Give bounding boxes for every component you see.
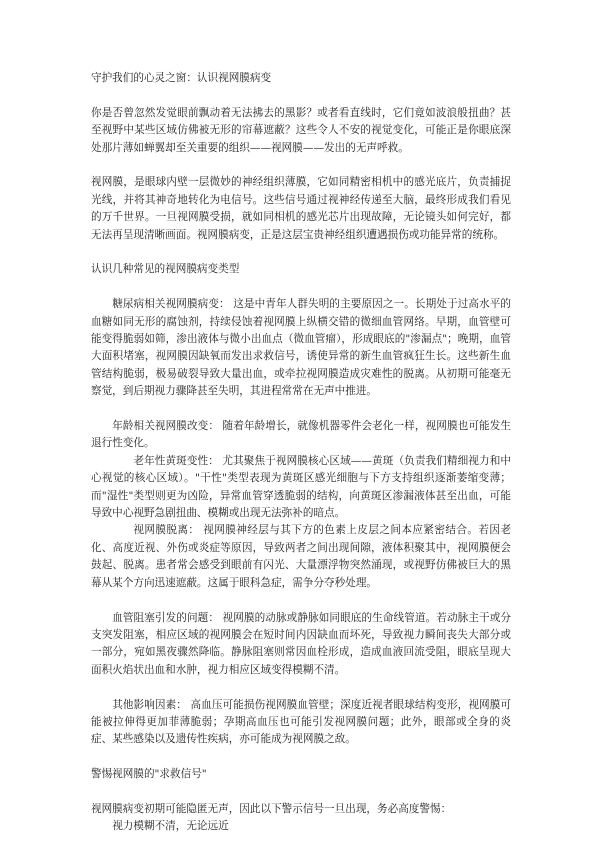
section-heading-warning-signs: 警惕视网膜的"求救信号" [91,766,511,783]
section-heading-types: 认识几种常见的视网膜病变类型 [91,261,511,278]
paragraph-diabetic-retinopathy: 糖尿病相关视网膜病变： 这是中青年人群失明的主要原因之一。长期处于过高水平的血糖… [91,296,511,400]
intro-paragraph: 你是否曾忽然发觉眼前飘动着无法拂去的黑影？或者看直线时，它们竟如波浪般扭曲？甚至… [91,105,511,157]
document-title: 守护我们的心灵之窗：认识视网膜病变 [91,70,511,87]
document-page: 守护我们的心灵之窗：认识视网膜病变 你是否曾忽然发觉眼前飘动着无法拂去的黑影？或… [91,70,511,836]
definition-paragraph: 视网膜，是眼球内壁一层微妙的神经组织薄膜，它如同精密相机中的感光底片，负责捕捉光… [91,174,511,244]
paragraph-retinal-detachment: 视网膜脱离： 视网膜神经层与其下方的色素上皮层之间本应紧密结合。若因老化、高度近… [91,522,511,592]
paragraph-amd: 老年性黄斑变性： 尤其聚焦于视网膜核心区域——黄斑（负责我们精细视力和中心视觉的… [91,453,511,523]
paragraph-other-factors: 其他影响因素： 高血压可能损伤视网膜血管壁；深度近视者眼球结构变形，视网膜可能被… [91,697,511,749]
paragraph-vascular-occlusion: 血管阻塞引发的问题： 视网膜的动脉或静脉如同眼底的生命线管道。若动脉主干或分支突… [91,610,511,680]
paragraph-age-related: 年龄相关视网膜改变： 随着年龄增长，就像机器零件会老化一样，视网膜也可能发生退行… [91,418,511,453]
warning-lead-paragraph: 视网膜病变初期可能隐匿无声，因此以下警示信号一旦出现，务必高度警惕： [91,801,511,818]
warning-signal-item: 视力模糊不清，无论远近 [91,818,511,835]
